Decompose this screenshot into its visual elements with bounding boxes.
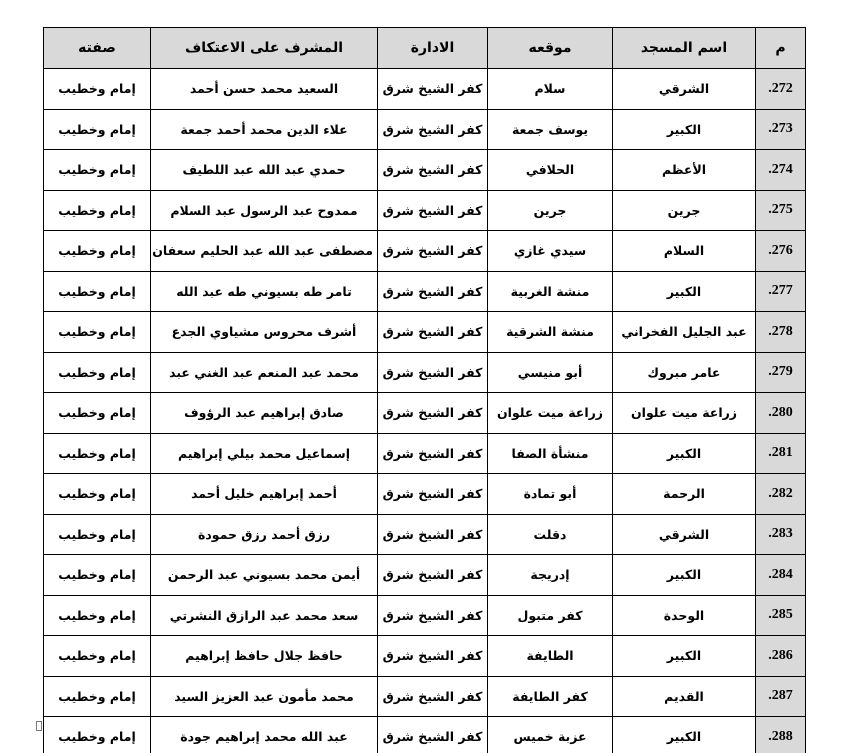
- table-header: م اسم المسجد موقعه الادارة المشرف على ال…: [44, 28, 806, 69]
- mosque-name-cell: الوحدة: [613, 595, 756, 636]
- supervisor-cell: حمدي عبد الله عبد اللطيف: [151, 150, 378, 191]
- row-number-cell: 288.: [756, 717, 806, 753]
- header-number: م: [756, 28, 806, 69]
- mosque-name-cell: الشرقي: [613, 69, 756, 110]
- mosque-name-cell: زراعة ميت علوان: [613, 393, 756, 434]
- location-cell: أبو تمادة: [488, 474, 613, 515]
- supervisor-cell: رزق أحمد رزق حمودة: [151, 514, 378, 555]
- supervisor-cell: تامر طه بسيوني طه عبد الله: [151, 271, 378, 312]
- administration-cell: كفر الشيخ شرق: [378, 717, 488, 753]
- table-row: 277. الكبير منشة الغربية كفر الشيخ شرق ت…: [44, 271, 806, 312]
- row-number-cell: 282.: [756, 474, 806, 515]
- supervisor-cell: أيمن محمد بسيوني عبد الرحمن: [151, 555, 378, 596]
- title-cell: إمام وخطيب: [44, 352, 151, 393]
- supervisor-cell: أحمد إبراهيم خليل أحمد: [151, 474, 378, 515]
- mosque-name-cell: جرين: [613, 190, 756, 231]
- supervisor-cell: محمد عبد المنعم عبد الغني عبد: [151, 352, 378, 393]
- administration-cell: كفر الشيخ شرق: [378, 109, 488, 150]
- administration-cell: كفر الشيخ شرق: [378, 393, 488, 434]
- location-cell: إدريجة: [488, 555, 613, 596]
- title-cell: إمام وخطيب: [44, 109, 151, 150]
- table-row: 285. الوحدة كفر متبول كفر الشيخ شرق سعد …: [44, 595, 806, 636]
- stray-character-artifact: [36, 721, 42, 731]
- table-row: 287. القديم كفر الطايفة كفر الشيخ شرق مح…: [44, 676, 806, 717]
- table-row: 286. الكبير الطايفة كفر الشيخ شرق حافظ ج…: [44, 636, 806, 677]
- administration-cell: كفر الشيخ شرق: [378, 636, 488, 677]
- title-cell: إمام وخطيب: [44, 393, 151, 434]
- table-row: 278. عبد الجليل الفخراني منشة الشرقية كف…: [44, 312, 806, 353]
- title-cell: إمام وخطيب: [44, 271, 151, 312]
- mosque-name-cell: السلام: [613, 231, 756, 272]
- title-cell: إمام وخطيب: [44, 150, 151, 191]
- row-number-cell: 281.: [756, 433, 806, 474]
- mosque-name-cell: الكبير: [613, 271, 756, 312]
- mosque-name-cell: الشرقي: [613, 514, 756, 555]
- row-number-cell: 272.: [756, 69, 806, 110]
- table-row: 275. جرين جرين كفر الشيخ شرق ممدوح عبد ا…: [44, 190, 806, 231]
- location-cell: كفر متبول: [488, 595, 613, 636]
- administration-cell: كفر الشيخ شرق: [378, 676, 488, 717]
- header-mosque-name: اسم المسجد: [613, 28, 756, 69]
- location-cell: سلام: [488, 69, 613, 110]
- row-number-cell: 273.: [756, 109, 806, 150]
- location-cell: منشة الغربية: [488, 271, 613, 312]
- table-row: 280. زراعة ميت علوان زراعة ميت علوان كفر…: [44, 393, 806, 434]
- table-row: 283. الشرقي دقلت كفر الشيخ شرق رزق أحمد …: [44, 514, 806, 555]
- mosque-name-cell: الكبير: [613, 717, 756, 753]
- row-number-cell: 284.: [756, 555, 806, 596]
- supervisor-cell: علاء الدين محمد أحمد جمعة: [151, 109, 378, 150]
- location-cell: يوسف جمعة: [488, 109, 613, 150]
- location-cell: أبو منيسي: [488, 352, 613, 393]
- administration-cell: كفر الشيخ شرق: [378, 595, 488, 636]
- mosques-table: م اسم المسجد موقعه الادارة المشرف على ال…: [43, 27, 806, 753]
- row-number-cell: 285.: [756, 595, 806, 636]
- title-cell: إمام وخطيب: [44, 312, 151, 353]
- title-cell: إمام وخطيب: [44, 595, 151, 636]
- document-page: م اسم المسجد موقعه الادارة المشرف على ال…: [0, 0, 856, 753]
- mosque-name-cell: الأعظم: [613, 150, 756, 191]
- table-row: 284. الكبير إدريجة كفر الشيخ شرق أيمن مح…: [44, 555, 806, 596]
- administration-cell: كفر الشيخ شرق: [378, 150, 488, 191]
- administration-cell: كفر الشيخ شرق: [378, 514, 488, 555]
- table-row: 274. الأعظم الحلافي كفر الشيخ شرق حمدي ع…: [44, 150, 806, 191]
- row-number-cell: 275.: [756, 190, 806, 231]
- supervisor-cell: حافظ جلال حافظ إبراهيم: [151, 636, 378, 677]
- administration-cell: كفر الشيخ شرق: [378, 69, 488, 110]
- supervisor-cell: صادق إبراهيم عبد الرؤوف: [151, 393, 378, 434]
- administration-cell: كفر الشيخ شرق: [378, 190, 488, 231]
- administration-cell: كفر الشيخ شرق: [378, 312, 488, 353]
- table-row: 273. الكبير يوسف جمعة كفر الشيخ شرق علاء…: [44, 109, 806, 150]
- row-number-cell: 274.: [756, 150, 806, 191]
- supervisor-cell: السعيد محمد حسن أحمد: [151, 69, 378, 110]
- title-cell: إمام وخطيب: [44, 636, 151, 677]
- header-location: موقعه: [488, 28, 613, 69]
- administration-cell: كفر الشيخ شرق: [378, 433, 488, 474]
- supervisor-cell: ممدوح عبد الرسول عبد السلام: [151, 190, 378, 231]
- table-row: 279. عامر مبروك أبو منيسي كفر الشيخ شرق …: [44, 352, 806, 393]
- location-cell: جرين: [488, 190, 613, 231]
- row-number-cell: 278.: [756, 312, 806, 353]
- location-cell: منشة الشرقية: [488, 312, 613, 353]
- mosque-name-cell: الرحمة: [613, 474, 756, 515]
- mosque-name-cell: الكبير: [613, 433, 756, 474]
- location-cell: الحلافي: [488, 150, 613, 191]
- row-number-cell: 279.: [756, 352, 806, 393]
- administration-cell: كفر الشيخ شرق: [378, 555, 488, 596]
- row-number-cell: 280.: [756, 393, 806, 434]
- title-cell: إمام وخطيب: [44, 555, 151, 596]
- table-row: 288. الكبير عزبة خميس كفر الشيخ شرق عبد …: [44, 717, 806, 753]
- location-cell: عزبة خميس: [488, 717, 613, 753]
- row-number-cell: 277.: [756, 271, 806, 312]
- header-administration: الادارة: [378, 28, 488, 69]
- location-cell: دقلت: [488, 514, 613, 555]
- header-title: صفته: [44, 28, 151, 69]
- supervisor-cell: عبد الله محمد إبراهيم جودة: [151, 717, 378, 753]
- row-number-cell: 287.: [756, 676, 806, 717]
- title-cell: إمام وخطيب: [44, 474, 151, 515]
- table-row: 272. الشرقي سلام كفر الشيخ شرق السعيد مح…: [44, 69, 806, 110]
- supervisor-cell: سعد محمد عبد الرازق النشرتي: [151, 595, 378, 636]
- supervisor-cell: محمد مأمون عبد العزيز السيد: [151, 676, 378, 717]
- location-cell: كفر الطايفة: [488, 676, 613, 717]
- title-cell: إمام وخطيب: [44, 514, 151, 555]
- supervisor-cell: مصطفى عبد الله عبد الحليم سعفان: [151, 231, 378, 272]
- mosque-name-cell: الكبير: [613, 555, 756, 596]
- title-cell: إمام وخطيب: [44, 69, 151, 110]
- location-cell: سيدي غازي: [488, 231, 613, 272]
- mosque-name-cell: عبد الجليل الفخراني: [613, 312, 756, 353]
- table-row: 282. الرحمة أبو تمادة كفر الشيخ شرق أحمد…: [44, 474, 806, 515]
- title-cell: إمام وخطيب: [44, 433, 151, 474]
- mosque-name-cell: القديم: [613, 676, 756, 717]
- header-itikaf-supervisor: المشرف على الاعتكاف: [151, 28, 378, 69]
- mosque-name-cell: الكبير: [613, 636, 756, 677]
- location-cell: منشأة الصفا: [488, 433, 613, 474]
- title-cell: إمام وخطيب: [44, 190, 151, 231]
- administration-cell: كفر الشيخ شرق: [378, 352, 488, 393]
- location-cell: الطايفة: [488, 636, 613, 677]
- location-cell: زراعة ميت علوان: [488, 393, 613, 434]
- table-row: 276. السلام سيدي غازي كفر الشيخ شرق مصطف…: [44, 231, 806, 272]
- table-row: 281. الكبير منشأة الصفا كفر الشيخ شرق إس…: [44, 433, 806, 474]
- row-number-cell: 283.: [756, 514, 806, 555]
- title-cell: إمام وخطيب: [44, 676, 151, 717]
- row-number-cell: 286.: [756, 636, 806, 677]
- title-cell: إمام وخطيب: [44, 231, 151, 272]
- administration-cell: كفر الشيخ شرق: [378, 271, 488, 312]
- title-cell: إمام وخطيب: [44, 717, 151, 753]
- administration-cell: كفر الشيخ شرق: [378, 474, 488, 515]
- administration-cell: كفر الشيخ شرق: [378, 231, 488, 272]
- supervisor-cell: إسماعيل محمد بيلي إبراهيم: [151, 433, 378, 474]
- row-number-cell: 276.: [756, 231, 806, 272]
- mosque-name-cell: عامر مبروك: [613, 352, 756, 393]
- supervisor-cell: أشرف محروس مشياوي الجدع: [151, 312, 378, 353]
- table-body: 272. الشرقي سلام كفر الشيخ شرق السعيد مح…: [44, 69, 806, 753]
- mosque-name-cell: الكبير: [613, 109, 756, 150]
- header-row: م اسم المسجد موقعه الادارة المشرف على ال…: [44, 28, 806, 69]
